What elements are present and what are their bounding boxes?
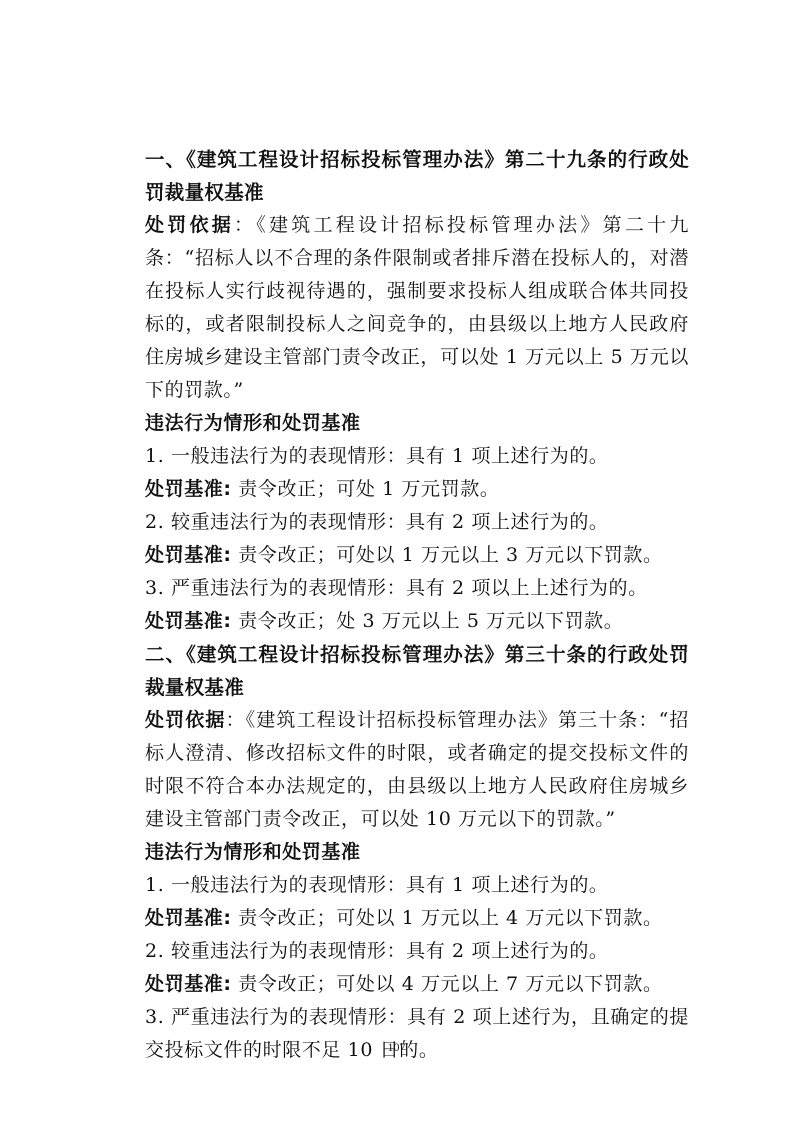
- basis-text: ：《建筑工程设计招标投标管理办法》第三十条：“招标人澄清、修改招标文件的时限，或…: [145, 709, 689, 830]
- standard-label: 处罚基准:: [145, 478, 232, 500]
- section-2-item-1-standard: 处罚基准: 责令改正；可处以 1 万元以上 4 万元以下罚款。: [107, 902, 689, 935]
- standard-label: 处罚基准:: [145, 907, 232, 929]
- section-2-item-3-situation: 3. 严重违法行为的表现情形：具有 2 项上述行为，且确定的提交投标文件的时限不…: [107, 1001, 689, 1067]
- section-2-item-2-situation: 2. 较重违法行为的表现情形：具有 2 项上述行为的。: [107, 935, 689, 968]
- basis-label: 处罚依据: [145, 709, 225, 731]
- section-1-title: 一、《建筑工程设计招标投标管理办法》第二十九条的行政处罚裁量权基准: [107, 143, 689, 209]
- section-1-item-2-standard: 处罚基准: 责令改正；可处以 1 万元以上 3 万元以下罚款。: [107, 539, 689, 572]
- section-1-basis: 处罚依据：《建筑工程设计招标投标管理办法》第二十九条：“招标人以不合理的条件限制…: [107, 209, 689, 407]
- section-1-item-2-situation: 2. 较重违法行为的表现情形：具有 2 项上述行为的。: [107, 506, 689, 539]
- section-2-basis: 处罚依据：《建筑工程设计招标投标管理办法》第三十条：“招标人澄清、修改招标文件的…: [107, 704, 689, 836]
- section-2-item-1-situation: 1. 一般违法行为的表现情形：具有 1 项上述行为的。: [107, 869, 689, 902]
- page-number: 107: [0, 1040, 793, 1055]
- document-page: 一、《建筑工程设计招标投标管理办法》第二十九条的行政处罚裁量权基准 处罚依据：《…: [107, 143, 689, 1067]
- section-1-item-1-standard: 处罚基准: 责令改正；可处 1 万元罚款。: [107, 473, 689, 506]
- section-1-subheading: 违法行为情形和处罚基准: [107, 407, 689, 440]
- basis-text: ：《建筑工程设计招标投标管理办法》第二十九条：“招标人以不合理的条件限制或者排斥…: [145, 214, 689, 401]
- basis-label: 处罚依据: [145, 214, 234, 236]
- section-2-title: 二、《建筑工程设计招标投标管理办法》第三十条的行政处罚裁量权基准: [107, 638, 689, 704]
- standard-text: 责令改正；可处以 4 万元以上 7 万元以下罚款。: [232, 973, 663, 995]
- standard-text: 责令改正；可处以 1 万元以上 3 万元以下罚款。: [232, 544, 663, 566]
- section-1-item-3-situation: 3. 严重违法行为的表现情形：具有 2 项以上上述行为的。: [107, 572, 689, 605]
- section-2-subheading: 违法行为情形和处罚基准: [107, 836, 689, 869]
- standard-text: 责令改正；可处以 1 万元以上 4 万元以下罚款。: [232, 907, 663, 929]
- standard-label: 处罚基准:: [145, 973, 232, 995]
- section-2-item-2-standard: 处罚基准: 责令改正；可处以 4 万元以上 7 万元以下罚款。: [107, 968, 689, 1001]
- standard-label: 处罚基准:: [145, 544, 232, 566]
- section-1-item-1-situation: 1. 一般违法行为的表现情形：具有 1 项上述行为的。: [107, 440, 689, 473]
- section-1-item-3-standard: 处罚基准: 责令改正；处 3 万元以上 5 万元以下罚款。: [107, 605, 689, 638]
- standard-label: 处罚基准:: [145, 610, 232, 632]
- standard-text: 责令改正；处 3 万元以上 5 万元以下罚款。: [232, 610, 624, 632]
- standard-text: 责令改正；可处 1 万元罚款。: [232, 478, 500, 500]
